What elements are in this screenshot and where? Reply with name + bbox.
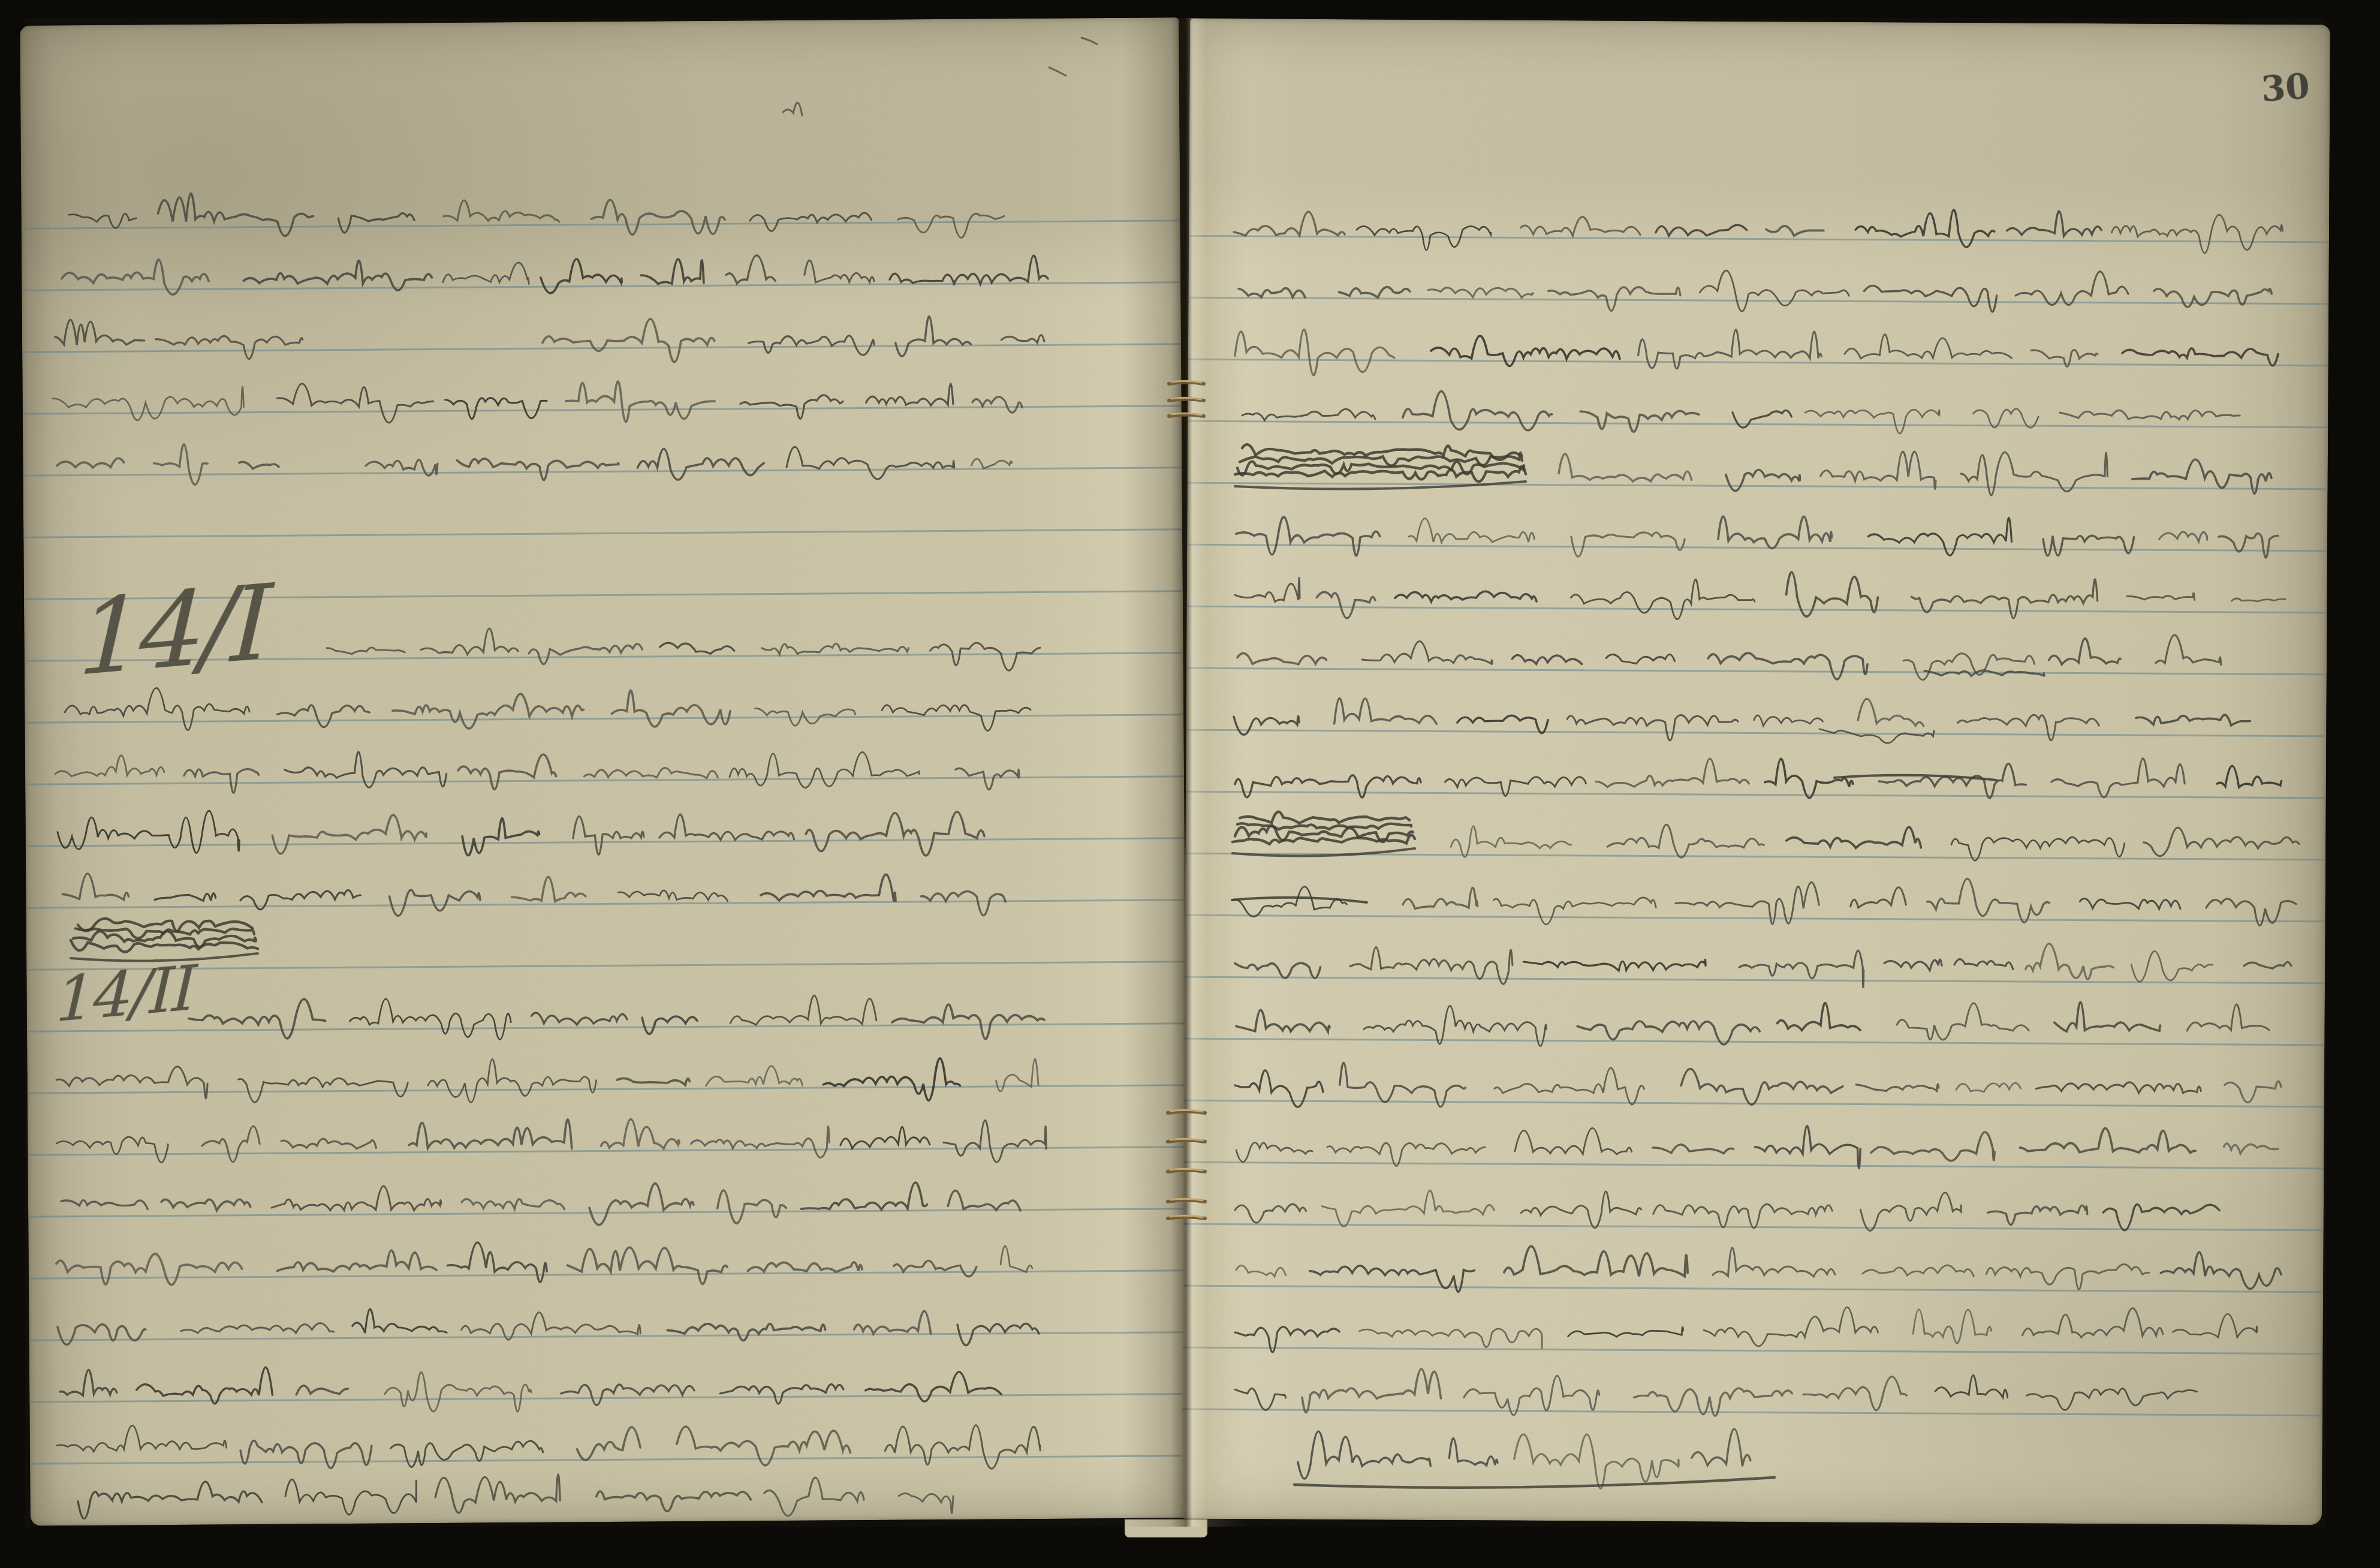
right-page	[1182, 19, 2330, 1525]
page-number: 30	[2260, 65, 2311, 109]
ruled-lines-right	[1182, 235, 2329, 1472]
entry-date-header-2: 14/II	[55, 951, 195, 1036]
entry-date-header-1: 14/I	[76, 563, 269, 699]
page-edge-tab	[1125, 1519, 1207, 1537]
ruled-lines-left	[22, 219, 1189, 1470]
left-page	[20, 17, 1189, 1525]
